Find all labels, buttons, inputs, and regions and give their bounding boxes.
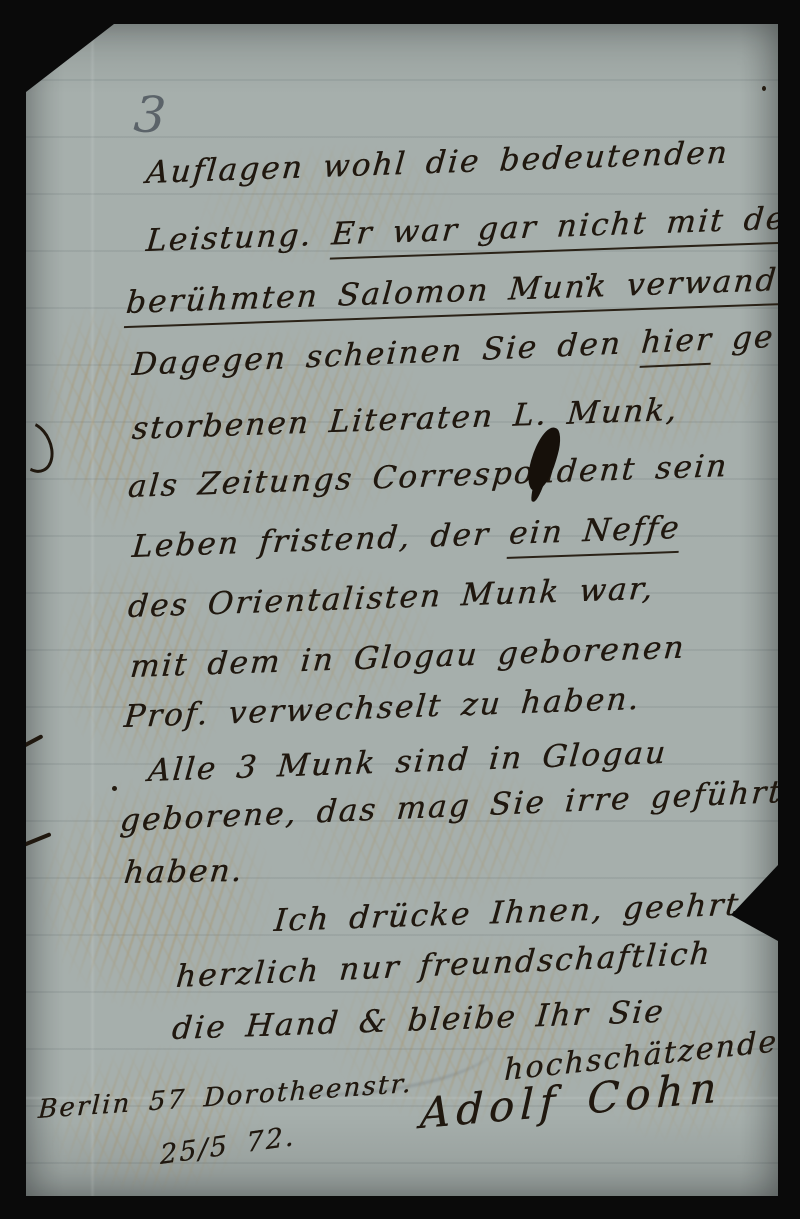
letter-line-13: haben. [122,854,245,892]
torn-corner [26,24,114,92]
pencil-page-number: 3 [132,85,168,145]
tear-notch [731,865,778,941]
ink-speck [586,276,590,280]
handwritten-text: haben. [122,853,245,891]
scanned-letter-page: 3 Auflagen wohl die bedeutendenLeistung.… [0,0,800,1219]
letter-paper: 3 Auflagen wohl die bedeutendenLeistung.… [26,24,778,1196]
ink-speck [762,86,766,91]
handwritten-text: Leistung. [144,216,333,259]
margin-ink-mark [26,734,43,749]
underlined-text: hier [639,322,714,368]
underlined-text: ein Neffe [507,510,682,559]
paper-crease-vertical [90,24,95,1196]
handwritten-text: ge [711,319,775,358]
ink-speck [112,786,117,791]
